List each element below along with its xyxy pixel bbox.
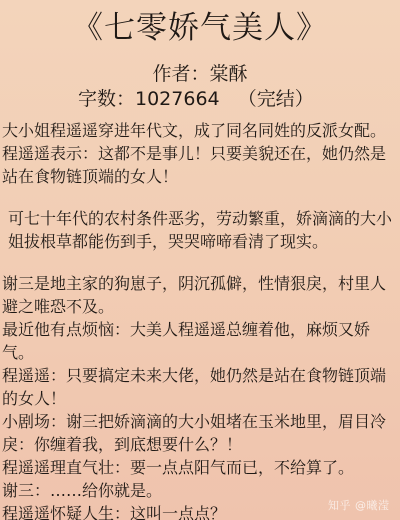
paragraph-gap <box>2 253 398 272</box>
paragraph: 大小姐程遥遥穿进年代文，成了同名同姓的反派女配。 <box>2 119 398 142</box>
paragraph: 最近他有点烦恼：大美人程遥遥总缠着他，麻烦又娇气。 <box>2 318 398 364</box>
author-line: 作者：棠酥 <box>0 62 400 86</box>
paragraph: 程遥遥理直气壮：要一点点阳气而已，不给算了。 <box>2 456 398 479</box>
paragraph: 小剧场：谢三把娇滴滴的大小姐堵在玉米地里，眉目冷戾：你缠着我，到底想要什么？！ <box>2 410 398 456</box>
synopsis: 大小姐程遥遥穿进年代文，成了同名同姓的反派女配。 程遥遥表示：这都不是事儿！只要… <box>2 119 398 520</box>
word-count-line: 字数：1027664 （完结） <box>78 87 314 111</box>
paragraph: 程遥遥：只要搞定未来大佬，她仍然是站在食物链顶端的女人！ <box>2 364 398 410</box>
paragraph: 可七十年代的农村条件恶劣，劳动繁重，娇滴滴的大小姐拔根草都能伤到手，哭哭啼啼看清… <box>2 207 398 253</box>
paragraph-gap <box>2 188 398 207</box>
book-title: 《七零娇气美人》 <box>0 8 400 48</box>
paragraph: 程遥遥表示：这都不是事儿！只要美貌还在，她仍然是站在食物链顶端的女人！ <box>2 142 398 188</box>
paragraph: 谢三是地主家的狗崽子，阴沉孤僻，性情狠戾，村里人避之唯恐不及。 <box>2 272 398 318</box>
zhihu-watermark: 知乎 @曦滢 <box>328 497 390 513</box>
